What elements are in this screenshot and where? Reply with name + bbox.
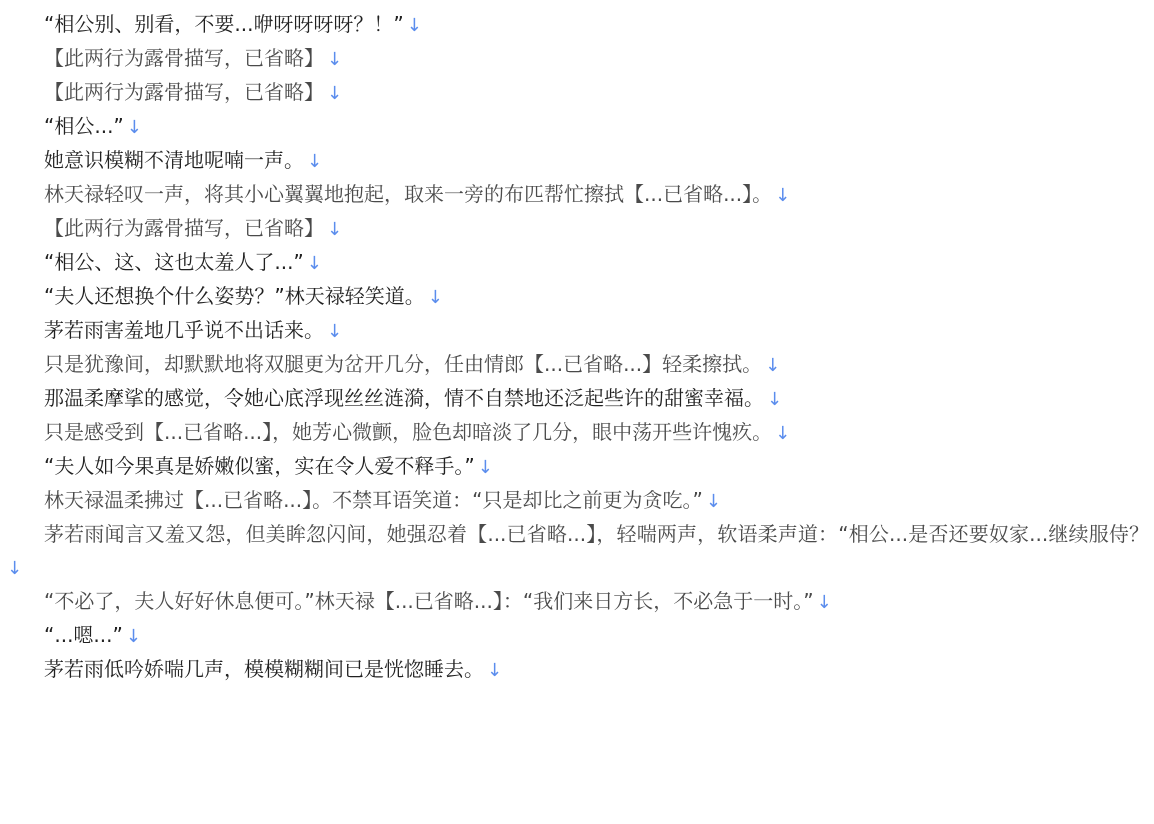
paragraph: 那温柔摩挲的感觉，令她心底浮现丝丝涟漪，情不自禁地还泛起些许的甜蜜幸福。↓ xyxy=(4,382,1149,416)
paragraph-text: “夫人还想换个什么姿势？”林天禄轻笑道。 xyxy=(44,284,425,308)
line-break-mark-icon: ↓ xyxy=(428,287,443,308)
document-page: “相公别、别看，不要...咿呀呀呀呀？！”↓ 【此两行为露骨描写，已省略】↓ 【… xyxy=(0,0,1154,824)
line-break-mark-icon: ↓ xyxy=(706,491,721,512)
paragraph-text: “相公、这、这也太羞人了...” xyxy=(44,250,304,274)
line-break-mark-icon: ↓ xyxy=(327,321,342,342)
paragraph-text: 她意识模糊不清地呢喃一声。 xyxy=(44,148,304,172)
paragraph-text: 林天禄轻叹一声，将其小心翼翼地抱起，取来一旁的布匹帮忙擦拭【...已省略...】… xyxy=(44,182,772,206)
line-break-mark-icon: ↓ xyxy=(7,558,22,579)
paragraph-text: 林天禄温柔拂过【...已省略...】。不禁耳语笑道：“只是却比之前更为贪吃。” xyxy=(44,488,703,512)
paragraph-text: 只是犹豫间，却默默地将双腿更为岔开几分，任由情郎【...已省略...】轻柔擦拭。 xyxy=(44,352,762,376)
paragraph-text: 【此两行为露骨描写，已省略】 xyxy=(44,216,324,240)
document-body: “相公别、别看，不要...咿呀呀呀呀？！”↓ 【此两行为露骨描写，已省略】↓ 【… xyxy=(4,8,1149,687)
paragraph: 林天禄温柔拂过【...已省略...】。不禁耳语笑道：“只是却比之前更为贪吃。”↓ xyxy=(4,484,1149,518)
paragraph: 茅若雨低吟娇喘几声，模模糊糊间已是恍惚睡去。↓ xyxy=(4,653,1149,687)
paragraph: 【此两行为露骨描写，已省略】↓ xyxy=(4,76,1149,110)
line-break-mark-icon: ↓ xyxy=(127,117,142,138)
paragraph: 只是感受到【...已省略...】，她芳心微颤，脸色却暗淡了几分，眼中荡开些许愧疚… xyxy=(4,416,1149,450)
paragraph: “相公别、别看，不要...咿呀呀呀呀？！”↓ xyxy=(4,8,1149,42)
line-break-mark-icon: ↓ xyxy=(775,423,790,444)
paragraph-text: “...嗯...” xyxy=(44,623,123,647)
paragraph: “不必了，夫人好好休息便可。”林天禄【...已省略...】：“我们来日方长，不必… xyxy=(4,585,1149,619)
paragraph: “夫人还想换个什么姿势？”林天禄轻笑道。↓ xyxy=(4,280,1149,314)
line-break-mark-icon: ↓ xyxy=(765,355,780,376)
paragraph-text: “相公...” xyxy=(44,114,124,138)
paragraph-text: “不必了，夫人好好休息便可。”林天禄【...已省略...】：“我们来日方长，不必… xyxy=(44,589,814,613)
line-break-mark-icon: ↓ xyxy=(767,389,782,410)
paragraph-text: 【此两行为露骨描写，已省略】 xyxy=(44,46,324,70)
paragraph: “夫人如今果真是娇嫩似蜜，实在令人爱不释手。”↓ xyxy=(4,450,1149,484)
paragraph-text: 茅若雨低吟娇喘几声，模模糊糊间已是恍惚睡去。 xyxy=(44,657,484,681)
paragraph: 【此两行为露骨描写，已省略】↓ xyxy=(4,212,1149,246)
paragraph-text: “相公别、别看，不要...咿呀呀呀呀？！” xyxy=(44,12,404,36)
line-break-mark-icon: ↓ xyxy=(478,457,493,478)
paragraph: “相公、这、这也太羞人了...”↓ xyxy=(4,246,1149,280)
paragraph: “相公...”↓ xyxy=(4,110,1149,144)
line-break-mark-icon: ↓ xyxy=(487,660,502,681)
paragraph-text: “夫人如今果真是娇嫩似蜜，实在令人爱不释手。” xyxy=(44,454,475,478)
paragraph: 林天禄轻叹一声，将其小心翼翼地抱起，取来一旁的布匹帮忙擦拭【...已省略...】… xyxy=(4,178,1149,212)
line-break-mark-icon: ↓ xyxy=(407,15,422,36)
line-break-mark-icon: ↓ xyxy=(327,83,342,104)
line-break-mark-icon: ↓ xyxy=(327,219,342,240)
paragraph-text: 茅若雨害羞地几乎说不出话来。 xyxy=(44,318,324,342)
line-break-mark-icon: ↓ xyxy=(126,626,141,647)
paragraph-text: 只是感受到【...已省略...】，她芳心微颤，脸色却暗淡了几分，眼中荡开些许愧疚… xyxy=(44,420,772,444)
paragraph-text: 茅若雨闻言又羞又怨，但美眸忽闪间，她强忍着【...已省略...】，轻喘两声，软语… xyxy=(44,522,1149,546)
line-break-mark-icon: ↓ xyxy=(775,185,790,206)
paragraph-text: 那温柔摩挲的感觉，令她心底浮现丝丝涟漪，情不自禁地还泛起些许的甜蜜幸福。 xyxy=(44,386,764,410)
line-break-mark-icon: ↓ xyxy=(327,49,342,70)
line-break-mark-icon: ↓ xyxy=(307,151,322,172)
paragraph: 只是犹豫间，却默默地将双腿更为岔开几分，任由情郎【...已省略...】轻柔擦拭。… xyxy=(4,348,1149,382)
paragraph: 茅若雨闻言又羞又怨，但美眸忽闪间，她强忍着【...已省略...】，轻喘两声，软语… xyxy=(4,518,1149,585)
paragraph: “...嗯...”↓ xyxy=(4,619,1149,653)
line-break-mark-icon: ↓ xyxy=(817,592,832,613)
paragraph: 【此两行为露骨描写，已省略】↓ xyxy=(4,42,1149,76)
paragraph: 茅若雨害羞地几乎说不出话来。↓ xyxy=(4,314,1149,348)
paragraph-text: 【此两行为露骨描写，已省略】 xyxy=(44,80,324,104)
line-break-mark-icon: ↓ xyxy=(307,253,322,274)
paragraph: 她意识模糊不清地呢喃一声。↓ xyxy=(4,144,1149,178)
